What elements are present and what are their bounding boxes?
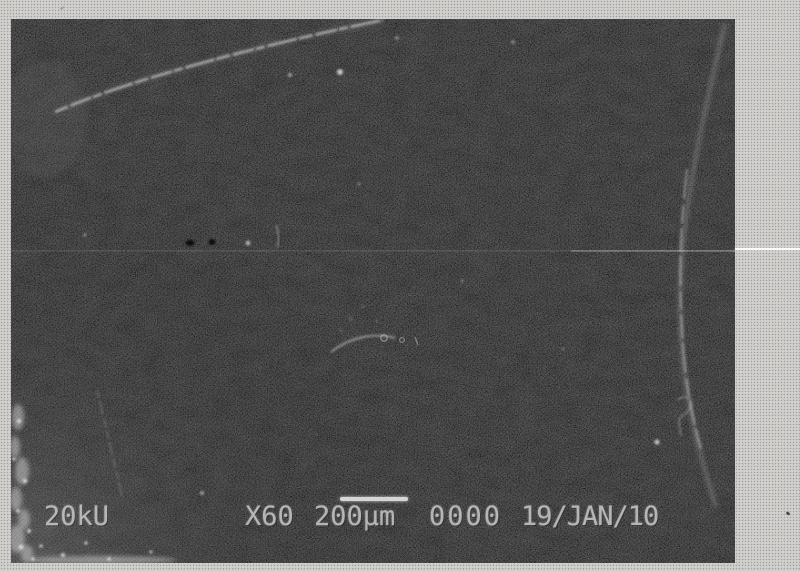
scanned-page: 20kU X60 200µm 0000 19/JAN/10 [0, 0, 800, 571]
hud-date: 19/JAN/10 [521, 505, 658, 529]
hud-voltage: 20kU [44, 505, 109, 529]
hud-magnification: X60 [245, 505, 294, 529]
hud-scale-label: 200µm [314, 505, 395, 529]
scan-artifact-line [735, 248, 800, 250]
micrograph-features [11, 19, 735, 563]
margin-mark [60, 6, 64, 10]
margin-speck [786, 511, 791, 516]
sem-micrograph: 20kU X60 200µm 0000 19/JAN/10 [11, 19, 735, 563]
hud-frame-number: 0000 [429, 505, 502, 529]
